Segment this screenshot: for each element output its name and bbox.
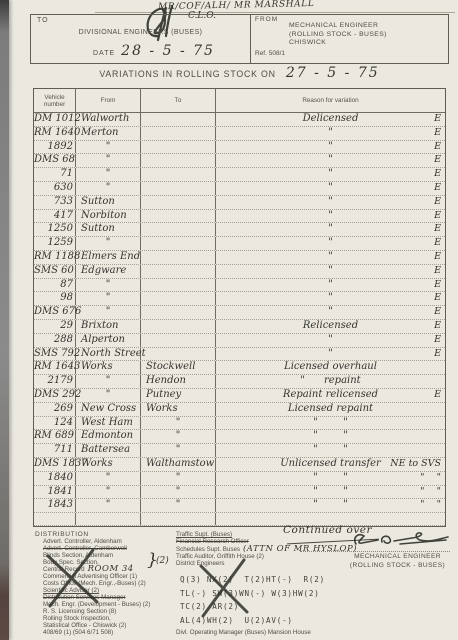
vehicle-number: DMS 68 [34,154,76,167]
from-garage: Battersea [76,444,141,457]
from-garage: " [76,279,141,292]
table-row: 288Alperton"E [34,334,445,348]
to-garage: Walthamstow [141,458,216,471]
reason-for-variation: Licensed overhaul [216,361,445,374]
status-note: " " [420,499,441,512]
reason-for-variation: "E [216,334,445,347]
to-cell: TO DIVISIONAL ENGINEERS (BUSES) DATE 28 … [31,15,251,63]
from-garage: Works [76,361,141,374]
from-garage: Works [76,458,141,471]
reason-for-variation: "E [216,265,445,278]
status-note: E [434,348,441,361]
table-row: 2179"Hendon" repaint [34,375,445,389]
vehicle-number: DMS 292 [34,389,76,402]
vehicle-number: SMS 60 [34,265,76,278]
table-row: 87""E [34,279,445,293]
from-line3: CHISWICK [289,39,387,48]
from-garage: " [76,389,141,402]
vehicle-number: 2179 [34,375,76,388]
from-garage: " [76,237,141,250]
table-row: 1841""" "" " [34,486,445,500]
table-row: SMS 792North Street"E [34,348,445,362]
reason-for-variation: " " [216,444,445,457]
table-row: 71""E [34,168,445,182]
vehicle-number: 1892 [34,141,76,154]
col-from: From [76,89,141,112]
to-garage: " [141,430,216,443]
from-garage: " [76,306,141,319]
from-garage: Edmonton [76,430,141,443]
vehicle-number: RM 1188 [34,251,76,264]
table-row: DMS 1837WorksWalthamstowUnlicensed trans… [34,458,445,472]
from-garage: Alperton [76,334,141,347]
from-garage: New Cross [76,403,141,416]
vehicle-number: 29 [34,320,76,333]
reason-for-variation: "E [216,210,445,223]
reason-for-variation: " "" " [216,486,445,499]
to-garage: Stockwell [141,361,216,374]
status-note: E [434,113,441,126]
table-row: RM 1188Elmers End"E [34,251,445,265]
status-note: E [434,127,441,140]
table-row: RM 689Edmonton"" " [34,430,445,444]
from-garage: Brixton [76,320,141,333]
table-row: 1843""" "" " [34,499,445,513]
from-garage: Elmers End [76,251,141,264]
crossed-out-x-marks-icon [0,520,458,640]
reason-for-variation: " "" " [216,499,445,512]
vehicle-number: 1250 [34,223,76,236]
table-row: 269New CrossWorksLicensed repaint [34,403,445,417]
table-row: RM 1640Merton"E [34,127,445,141]
vehicle-number: SMS 792 [34,348,76,361]
to-garage [141,182,216,195]
to-garage [141,251,216,264]
reason-for-variation: "E [216,292,445,305]
table-body: DM 1012WalworthDelicensedERM 1640Merton"… [34,113,445,513]
reason-for-variation: Unlicensed transferNE to SVS [216,458,445,471]
status-note: E [434,237,441,250]
vehicle-number: DMS 1837 [34,458,76,471]
table-row: RM 1643WorksStockwellLicensed overhaul [34,361,445,375]
table-row: 417Norbiton"E [34,210,445,224]
vehicle-number: RM 1643 [34,361,76,374]
from-garage: Merton [76,127,141,140]
vehicle-number: RM 1640 [34,127,76,140]
vehicle-number: DM 1012 [34,113,76,126]
to-garage [141,237,216,250]
to-garage: " [141,499,216,512]
vehicle-number: 124 [34,417,76,430]
reason-for-variation: "E [216,127,445,140]
to-garage [141,292,216,305]
to-garage [141,348,216,361]
to-garage [141,223,216,236]
vehicle-number: 417 [34,210,76,223]
reason-for-variation: DelicensedE [216,113,445,126]
status-note: NE to SVS [390,458,441,471]
to-garage: Putney [141,389,216,402]
table-header: Vehicle number From To Reason for variat… [34,89,445,113]
status-note: E [434,389,441,402]
form-title: VARIATIONS IN ROLLING STOCK ON 27 - 5 - … [33,65,446,81]
to-garage [141,168,216,181]
table-row: DM 1012WalworthDelicensedE [34,113,445,127]
table-row: 1892""E [34,141,445,155]
col-reason: Reason for variation [216,89,445,112]
vehicle-number: 711 [34,444,76,457]
reason-for-variation: "E [216,251,445,264]
status-note: E [434,154,441,167]
title-text: VARIATIONS IN ROLLING STOCK ON [99,69,276,79]
table-row: 98""E [34,292,445,306]
from-garage: Sutton [76,223,141,236]
from-line2: (ROLLING STOCK - BUSES) [289,31,387,40]
to-garage [141,127,216,140]
status-note: E [434,210,441,223]
date-handwritten: 28 - 5 - 75 [121,43,215,59]
status-note: E [434,141,441,154]
status-note: E [434,334,441,347]
from-cell: FROM MECHANICAL ENGINEER (ROLLING STOCK … [251,15,448,63]
to-garage: " [141,472,216,485]
ref-number: Ref. 508/1 [255,50,285,57]
from-garage: " [76,292,141,305]
table-row: DMS 68""E [34,154,445,168]
from-garage: " [76,499,141,512]
reason-for-variation: " "" " [216,472,445,485]
from-garage: West Ham [76,417,141,430]
from-garage: " [76,486,141,499]
vehicle-number: 733 [34,196,76,209]
from-line1: MECHANICAL ENGINEER [289,22,387,31]
table-row: 630""E [34,182,445,196]
from-garage: Norbiton [76,210,141,223]
vehicle-number: 1259 [34,237,76,250]
reason-for-variation: " " [216,417,445,430]
table-row: 711Battersea"" " [34,444,445,458]
table-row: SMS 60Edgware"E [34,265,445,279]
table-row: 1250Sutton"E [34,223,445,237]
vehicle-number: 87 [34,279,76,292]
reason-for-variation: "E [216,182,445,195]
table-row: 124West Ham"" " [34,417,445,431]
to-garage [141,210,216,223]
vehicle-number: 288 [34,334,76,347]
reason-for-variation: "E [216,223,445,236]
to-label: TO [37,17,49,24]
to-garage: " [141,486,216,499]
status-note: " " [420,486,441,499]
status-note: E [434,251,441,264]
reason-for-variation: "E [216,279,445,292]
to-garage [141,320,216,333]
vehicle-number: 630 [34,182,76,195]
from-garage: Edgware [76,265,141,278]
date-label: DATE [93,50,115,57]
reason-for-variation: "E [216,348,445,361]
to-garage [141,334,216,347]
to-garage [141,113,216,126]
to-garage [141,306,216,319]
reason-for-variation: Licensed repaint [216,403,445,416]
table-row: 29BrixtonRelicensedE [34,320,445,334]
vehicle-number: 269 [34,403,76,416]
vehicle-number: 1840 [34,472,76,485]
status-note: E [434,182,441,195]
scanned-memo-page: MR/COF/ALH/ MR MARSHALL C.L.O. TO DIVISI… [0,0,458,640]
status-note: E [434,196,441,209]
reason-for-variation: "E [216,237,445,250]
to-garage: Works [141,403,216,416]
reason-for-variation: "E [216,141,445,154]
address-header-box: TO DIVISIONAL ENGINEERS (BUSES) DATE 28 … [30,14,449,64]
table-row: 1840""" "" " [34,472,445,486]
col-vehicle-number: Vehicle number [34,89,76,112]
reason-for-variation: "E [216,154,445,167]
to-garage: Hendon [141,375,216,388]
status-note: E [434,320,441,333]
to-garage [141,141,216,154]
to-garage [141,154,216,167]
vehicle-number: 1841 [34,486,76,499]
from-garage: " [76,141,141,154]
reason-for-variation: "E [216,196,445,209]
from-garage: " [76,182,141,195]
from-garage: Sutton [76,196,141,209]
reason-for-variation: RelicensedE [216,320,445,333]
to-garage: " [141,417,216,430]
to-garage: " [141,444,216,457]
from-garage: " [76,472,141,485]
status-note: E [434,265,441,278]
to-garage [141,265,216,278]
reason-for-variation: Repaint relicensedE [216,389,445,402]
vehicle-number: RM 689 [34,430,76,443]
from-garage: Walworth [76,113,141,126]
title-date-handwritten: 27 - 5 - 75 [286,65,380,81]
status-note: E [434,292,441,305]
vehicle-number: 98 [34,292,76,305]
reason-for-variation: "E [216,306,445,319]
status-note: E [434,279,441,292]
reason-for-variation: " " [216,430,445,443]
vehicle-number: 1843 [34,499,76,512]
to-value: DIVISIONAL ENGINEERS (BUSES) [31,29,250,36]
from-label: FROM [255,16,278,23]
from-garage: " [76,168,141,181]
from-garage: " [76,154,141,167]
vehicle-number: DMS 676 [34,306,76,319]
reason-for-variation: "E [216,168,445,181]
table-row: 1259""E [34,237,445,251]
variations-table: Vehicle number From To Reason for variat… [33,88,446,527]
table-row: DMS 292"PutneyRepaint relicensedE [34,389,445,403]
status-note: E [434,223,441,236]
table-row: DMS 676""E [34,306,445,320]
table-row: 733Sutton"E [34,196,445,210]
from-garage: " [76,375,141,388]
col-to: To [141,89,216,112]
status-note: E [434,168,441,181]
from-garage: North Street [76,348,141,361]
from-address: MECHANICAL ENGINEER (ROLLING STOCK - BUS… [289,22,387,48]
status-note: E [434,306,441,319]
to-garage [141,196,216,209]
reason-for-variation: " repaint [216,375,445,388]
vehicle-number: 71 [34,168,76,181]
to-garage [141,279,216,292]
status-note: " " [420,472,441,485]
